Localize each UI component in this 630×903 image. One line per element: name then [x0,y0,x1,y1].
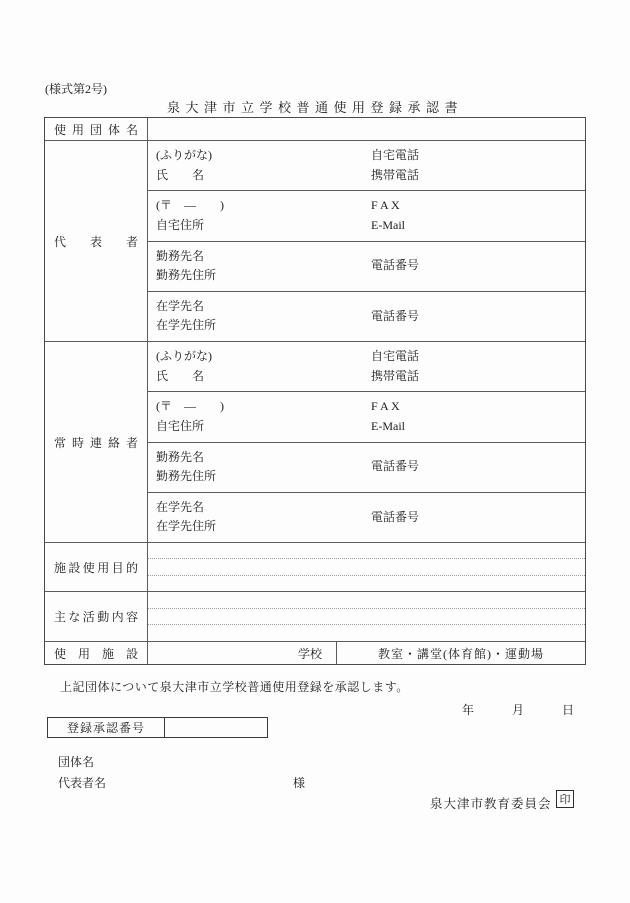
contact-workplace-left: 勤務先名 勤務先住所 [148,443,371,492]
honorific-label: 様 [293,774,305,791]
school-suffix-label: 学校 [298,645,322,662]
rep-school-left: 在学先名 在学先住所 [148,292,371,341]
workplace-address-label: 勤務先住所 [156,266,371,285]
facility-label: 使用施設 [54,645,138,662]
postal-code-label: (〒 ― ) [156,196,371,215]
home-address-label: 自宅住所 [156,417,371,436]
purpose-value-cell [148,543,585,591]
contact-school-right: 電話番号 [371,493,585,542]
workplace-name-label: 勤務先名 [156,247,371,266]
ruled-line [148,558,585,574]
home-phone-label: 自宅電話 [371,347,585,366]
ruled-line [148,608,585,625]
email-label: E-Mail [371,417,585,436]
group-name-label: 使用団体名 [54,121,138,138]
rep-row-name: (ふりがな) 氏 名 自宅電話 携帯電話 [148,141,585,190]
activity-label-cell: 主な活動内容 [45,592,148,641]
mobile-phone-label: 携帯電話 [371,166,585,185]
contact-row-school: 在学先名 在学先住所 電話番号 [148,492,585,542]
ruled-line [148,624,585,641]
home-address-label: 自宅住所 [156,216,371,235]
day-label: 日 [562,701,574,718]
facility-school-cell: 学校 [148,642,337,664]
contact-school-left: 在学先名 在学先住所 [148,493,371,542]
representative-label: 代表者 [54,233,138,250]
contact-label: 常時連絡者 [54,434,138,451]
contact-name-left: (ふりがな) 氏 名 [148,342,371,391]
group-name-value-cell [148,118,585,140]
document-page: (様式第2号) 泉大津市立学校普通使用登録承認書 使用団体名 代表者 (ふりがな… [0,0,630,903]
facility-options-label: 教室・講堂(体育館)・運動場 [378,645,544,662]
name-label: 氏 名 [156,367,371,386]
contact-row-name: (ふりがな) 氏 名 自宅電話 携帯電話 [148,342,585,391]
facility-label-cell: 使用施設 [45,642,148,664]
table-row-facility: 使用施設 学校 教室・講堂(体育館)・運動場 [45,641,585,664]
workplace-address-label: 勤務先住所 [156,467,371,486]
table-section-contact: 常時連絡者 (ふりがな) 氏 名 自宅電話 携帯電話 (〒 ― ) [45,341,585,542]
rep-address-left: (〒 ― ) 自宅住所 [148,191,371,240]
facility-options-cell: 教室・講堂(体育館)・運動場 [337,642,585,664]
approval-number-box: 登録承認番号 [47,717,268,738]
ruled-line [148,575,585,591]
approval-number-label: 登録承認番号 [48,718,164,737]
representative-label-cell: 代表者 [45,141,148,341]
school-address-label: 在学先住所 [156,316,371,335]
contact-subrows: (ふりがな) 氏 名 自宅電話 携帯電話 (〒 ― ) 自宅住所 F A X [148,342,585,542]
phone-number-label: 電話番号 [371,256,585,275]
contact-row-workplace: 勤務先名 勤務先住所 電話番号 [148,442,585,492]
phone-number-label: 電話番号 [371,307,585,326]
group-name-line: 団体名 [58,753,94,770]
representative-subrows: (ふりがな) 氏 名 自宅電話 携帯電話 (〒 ― ) 自宅住所 F A X [148,141,585,341]
fax-label: F A X [371,397,585,416]
furigana-label: (ふりがな) [156,146,371,165]
rep-row-school: 在学先名 在学先住所 電話番号 [148,291,585,341]
school-name-label: 在学先名 [156,297,371,316]
date-line: 年 月 日 [462,701,574,718]
registration-table: 使用団体名 代表者 (ふりがな) 氏 名 自宅電話 携帯電話 [44,117,586,665]
rep-name-right: 自宅電話 携帯電話 [371,141,585,190]
seal-mark: 印 [556,790,574,808]
fax-label: F A X [371,196,585,215]
ruled-line [148,543,585,558]
year-label: 年 [462,701,474,718]
rep-school-right: 電話番号 [371,292,585,341]
ruled-line [148,592,585,608]
rep-row-address: (〒 ― ) 自宅住所 F A X E-Mail [148,190,585,240]
name-label: 氏 名 [156,166,371,185]
rep-address-right: F A X E-Mail [371,191,585,240]
approval-statement: 上記団体について泉大津市立学校普通使用登録を承認します。 [60,678,409,695]
home-phone-label: 自宅電話 [371,146,585,165]
table-row-activity: 主な活動内容 [45,591,585,641]
form-number: (様式第2号) [45,80,107,97]
phone-number-label: 電話番号 [371,508,585,527]
rep-workplace-left: 勤務先名 勤務先住所 [148,242,371,291]
rep-workplace-right: 電話番号 [371,242,585,291]
document-title: 泉大津市立学校普通使用登録承認書 [0,97,630,116]
approval-number-value [164,718,267,737]
contact-address-left: (〒 ― ) 自宅住所 [148,392,371,441]
table-section-representative: 代表者 (ふりがな) 氏 名 自宅電話 携帯電話 (〒 ― ) [45,140,585,341]
purpose-label: 施設使用目的 [54,559,138,576]
group-name-label-cell: 使用団体名 [45,118,148,140]
mobile-phone-label: 携帯電話 [371,367,585,386]
school-address-label: 在学先住所 [156,517,371,536]
phone-number-label: 電話番号 [371,457,585,476]
school-name-label: 在学先名 [156,498,371,517]
contact-workplace-right: 電話番号 [371,443,585,492]
issuer-label: 泉大津市教育委員会 [430,794,552,812]
purpose-label-cell: 施設使用目的 [45,543,148,591]
activity-value-cell [148,592,585,641]
contact-name-right: 自宅電話 携帯電話 [371,342,585,391]
rep-name-left: (ふりがな) 氏 名 [148,141,371,190]
contact-row-address: (〒 ― ) 自宅住所 F A X E-Mail [148,391,585,441]
contact-label-cell: 常時連絡者 [45,342,148,542]
contact-address-right: F A X E-Mail [371,392,585,441]
furigana-label: (ふりがな) [156,347,371,366]
table-row-group-name: 使用団体名 [45,118,585,140]
rep-row-workplace: 勤務先名 勤務先住所 電話番号 [148,241,585,291]
activity-label: 主な活動内容 [54,608,138,625]
postal-code-label: (〒 ― ) [156,397,371,416]
email-label: E-Mail [371,216,585,235]
table-row-purpose: 施設使用目的 [45,542,585,591]
month-label: 月 [512,701,524,718]
workplace-name-label: 勤務先名 [156,448,371,467]
representative-name-line: 代表者名 [58,774,106,791]
